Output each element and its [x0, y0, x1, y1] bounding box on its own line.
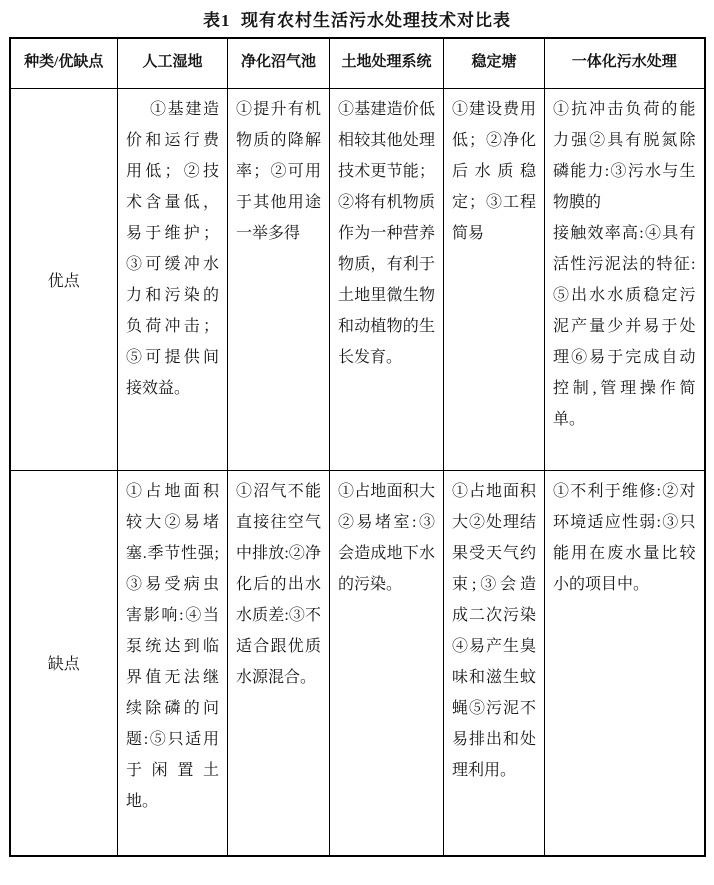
cell-advantages-integrated-sewage-treatment: ①抗冲击负荷的能力强②具有脱氮除磷能力:③污水与生物膜的 接触效率高:④具有活性… [545, 88, 705, 470]
table-title: 表1 现有农村生活污水处理技术对比表 [0, 6, 714, 31]
header-cell-biogas-digester: 净化沼气池 [228, 38, 330, 88]
header-cell-stabilization-pond: 稳定塘 [444, 38, 545, 88]
cell-advantages-constructed-wetland: ①基建造价和运行费用低；②技术含量低，易于维护；③可缓冲水力和污染的负荷冲击；⑤… [118, 88, 228, 470]
header-cell-integrated-sewage-treatment: 一体化污水处理 [545, 38, 705, 88]
header-cell-category: 种类/优缺点 [10, 38, 118, 88]
row-label-advantages: 优点 [10, 88, 118, 470]
cell-disadvantages-stabilization-pond: ①占地面积大②处理结果受天气约束;③会造成二次污染④易产生臭味和滋生蚊蝇⑤污泥不… [444, 470, 545, 856]
row-label-disadvantages: 缺点 [10, 470, 118, 856]
cell-disadvantages-land-treatment-system: ①占地面积大②易堵室:③会造成地下水的污染。 [330, 470, 444, 856]
cell-disadvantages-integrated-sewage-treatment: ①不利于维修:②对环境适应性弱:③只能用在废水量比较小的项目中。 [545, 470, 705, 856]
document-page: 表1 现有农村生活污水处理技术对比表 种类/优缺点 人工湿地 净化沼气池 土地处… [0, 0, 714, 885]
disadvantages-row: 缺点 ①占地面积较大②易堵塞.季节性强;③易受病虫害影响:④当泵统达到临界值无法… [10, 470, 705, 856]
comparison-table: 种类/优缺点 人工湿地 净化沼气池 土地处理系统 稳定塘 一体化污水处理 优点 … [9, 37, 706, 857]
advantages-row: 优点 ①基建造价和运行费用低；②技术含量低，易于维护；③可缓冲水力和污染的负荷冲… [10, 88, 705, 470]
header-cell-constructed-wetland: 人工湿地 [118, 38, 228, 88]
cell-advantages-stabilization-pond: ①建设费用低；②净化后水质稳定；③工程简易 [444, 88, 545, 470]
header-cell-land-treatment-system: 土地处理系统 [330, 38, 444, 88]
cell-advantages-land-treatment-system: ①基建造价低相较其他处理技术更节能；②将有机物质作为一种营养物质，有利于土地里微… [330, 88, 444, 470]
cell-disadvantages-constructed-wetland: ①占地面积较大②易堵塞.季节性强;③易受病虫害影响:④当泵统达到临界值无法继续除… [118, 470, 228, 856]
cell-disadvantages-biogas-digester: ①沼气不能直接往空气中排放:②净化后的出水水质差:③不适合跟优质水源混合。 [228, 470, 330, 856]
header-row: 种类/优缺点 人工湿地 净化沼气池 土地处理系统 稳定塘 一体化污水处理 [10, 38, 705, 88]
cell-advantages-biogas-digester: ①提升有机物质的降解率；②可用于其他用途一举多得 [228, 88, 330, 470]
